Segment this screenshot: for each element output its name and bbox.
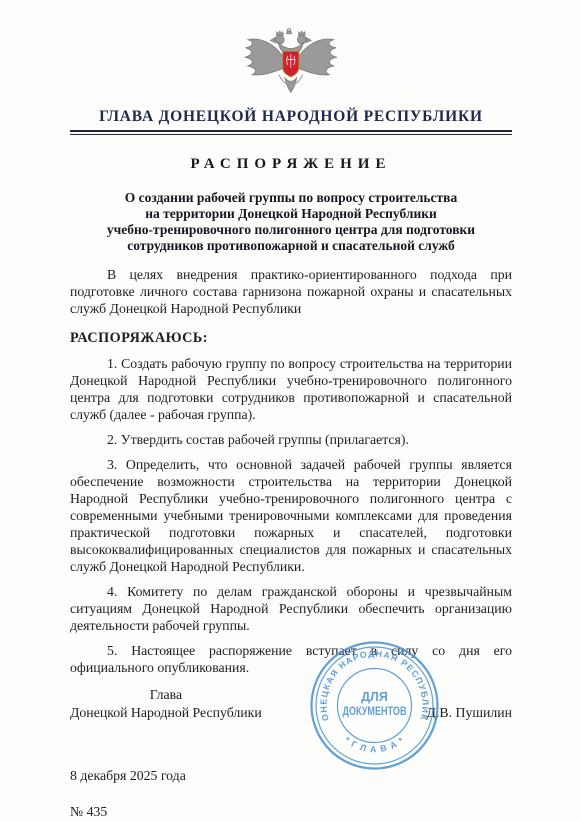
document-type-title: РАСПОРЯЖЕНИЕ [70,156,512,173]
subject-line-2: на территории Донецкой Народной Республи… [70,206,512,222]
document-date: 8 декабря 2025 года [70,768,512,784]
order-item-3: 3. Определить, что основной задачей рабо… [70,456,512,575]
document-page: ГЛАВА ДОНЕЦКОЙ НАРОДНОЙ РЕСПУБЛИКИ РАСПО… [0,0,581,821]
emblem-container [70,28,512,106]
signer-title-line-1: Глава [70,686,262,704]
stamp-ring-text-bottom: * Г Л А В А * [343,735,407,754]
org-title: ГЛАВА ДОНЕЦКОЙ НАРОДНОЙ РЕСПУБЛИКИ [70,108,512,126]
order-item-1: 1. Создать рабочую группу по вопросу стр… [70,355,512,423]
subject-line-3: учебно-тренировочного полигонного центра… [70,222,512,238]
subject-line-1: О создании рабочей группы по вопросу стр… [70,190,512,206]
signature-block: Глава Донецкой Народной Республики Д.В. … [70,686,512,722]
signer-name: Д.В. Пушилин [427,704,512,722]
resolving-word: РАСПОРЯЖАЮСЬ: [70,330,512,347]
subject-block: О создании рабочей группы по вопросу стр… [70,190,512,254]
intro-paragraph: В целях внедрения практико-ориентированн… [70,266,512,317]
stamp-ring-text-bottom-container: * Г Л А В А * [343,735,407,754]
header-divider [70,130,512,135]
document-number: № 435 [70,804,512,820]
signer-title-line-2: Донецкой Народной Республики [70,704,262,722]
dnr-coat-of-arms-icon [236,28,346,104]
order-item-2: 2. Утвердить состав рабочей группы (прил… [70,431,512,448]
signer-title: Глава Донецкой Народной Республики [70,686,262,722]
subject-line-4: сотрудников противопожарной и спасательн… [70,238,512,254]
order-item-5: 5. Настоящее распоряжение вступает в сил… [70,642,512,676]
order-item-4: 4. Комитету по делам гражданской обороны… [70,583,512,634]
